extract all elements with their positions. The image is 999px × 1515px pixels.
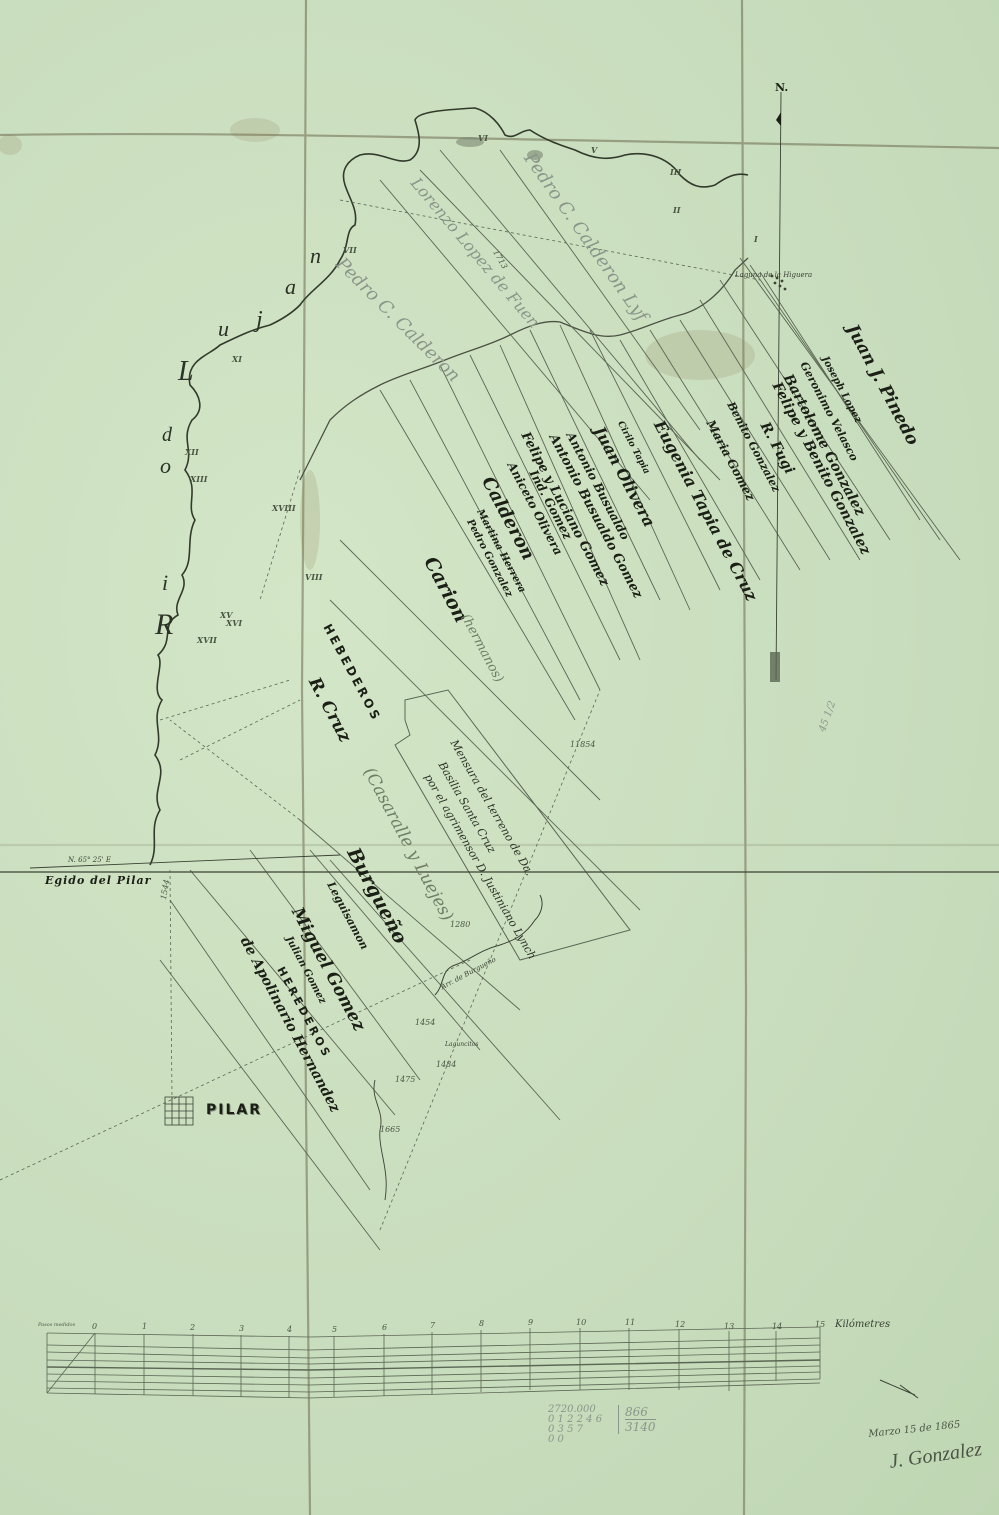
marker-VIII: VIII xyxy=(305,572,322,582)
north-label: N. xyxy=(775,82,788,93)
marker-VII: VII xyxy=(343,245,357,255)
scale-tick: 15 xyxy=(815,1320,825,1329)
scale-tick: 13 xyxy=(724,1322,734,1331)
pencil-calculation: 2720.000 0 1 2 2 4 6 0 3 5 7 0 0 xyxy=(548,1405,602,1445)
scale-tick: 2 xyxy=(190,1323,195,1332)
marker-XI: XI xyxy=(232,354,242,364)
marker-VI: VI xyxy=(478,133,488,143)
ejido-label: Egido del Pilar xyxy=(45,875,151,886)
laguna-label: Laguna de la Higuera xyxy=(735,272,812,279)
scale-bar-graphic xyxy=(47,1327,820,1398)
survey-number: 1454 xyxy=(415,1018,435,1027)
scale-tick: 8 xyxy=(479,1319,484,1328)
marker-XVII: XVII xyxy=(197,635,217,645)
river-label-a: a xyxy=(285,276,296,298)
survey-number: 1475 xyxy=(395,1075,415,1084)
marker-I: I xyxy=(754,234,758,244)
marker-XVI: XVI xyxy=(226,618,242,628)
pilar-label: PILAR xyxy=(206,1103,262,1117)
scale-tick: 0 xyxy=(92,1322,97,1331)
marker-XVIII: XVIII xyxy=(272,503,296,513)
river-label-j: j xyxy=(256,308,263,332)
river-label-o: o xyxy=(160,455,171,477)
marker-II: II xyxy=(673,205,680,215)
scale-tick: 1 xyxy=(142,1322,147,1331)
marker-XII: XII xyxy=(185,447,199,457)
marker-V: V xyxy=(591,145,597,155)
scale-tick: 11 xyxy=(625,1318,635,1327)
river-label-d: d xyxy=(162,425,172,445)
calc-result: 866 xyxy=(625,1405,656,1420)
map-linework xyxy=(0,0,999,1515)
scale-tick: 6 xyxy=(382,1323,387,1332)
calc-result: 3140 xyxy=(625,1420,656,1434)
scale-tick: 5 xyxy=(332,1325,337,1334)
scale-tick: 14 xyxy=(772,1322,782,1331)
scale-tick: 9 xyxy=(528,1318,533,1327)
ejido-bearing: N. 65° 25' E xyxy=(68,857,111,864)
scale-tick: 4 xyxy=(287,1325,292,1334)
pencil-calculation-result: 866 3140 xyxy=(618,1405,656,1434)
river-label-R: R xyxy=(155,610,173,640)
survey-number: 1665 xyxy=(380,1125,400,1134)
survey-number: 1484 xyxy=(436,1060,456,1069)
survey-number: 1280 xyxy=(450,920,470,929)
river-label-i: i xyxy=(162,572,168,594)
scale-tick: 10 xyxy=(576,1318,586,1327)
scale-unit-label: Kilómetres xyxy=(835,1320,890,1330)
survey-number: 11854 xyxy=(570,740,595,749)
marker-XIII: XIII xyxy=(190,474,207,484)
scale-tick: 7 xyxy=(430,1321,435,1330)
scale-left-label: Pasos medidos xyxy=(38,1323,75,1328)
scale-tick: 3 xyxy=(239,1324,244,1333)
calc-line: 0 0 xyxy=(548,1435,602,1445)
lagunita-label: Laguncitos xyxy=(445,1042,479,1048)
historical-map: R i o d L u j a n N. Juan J. Pinedo Jose… xyxy=(0,0,999,1515)
river-label-u: u xyxy=(218,318,229,340)
river-label-L: L xyxy=(178,358,194,386)
river-label-n: n xyxy=(310,245,321,267)
scale-tick: 12 xyxy=(675,1320,685,1329)
marker-III: III xyxy=(670,167,681,177)
